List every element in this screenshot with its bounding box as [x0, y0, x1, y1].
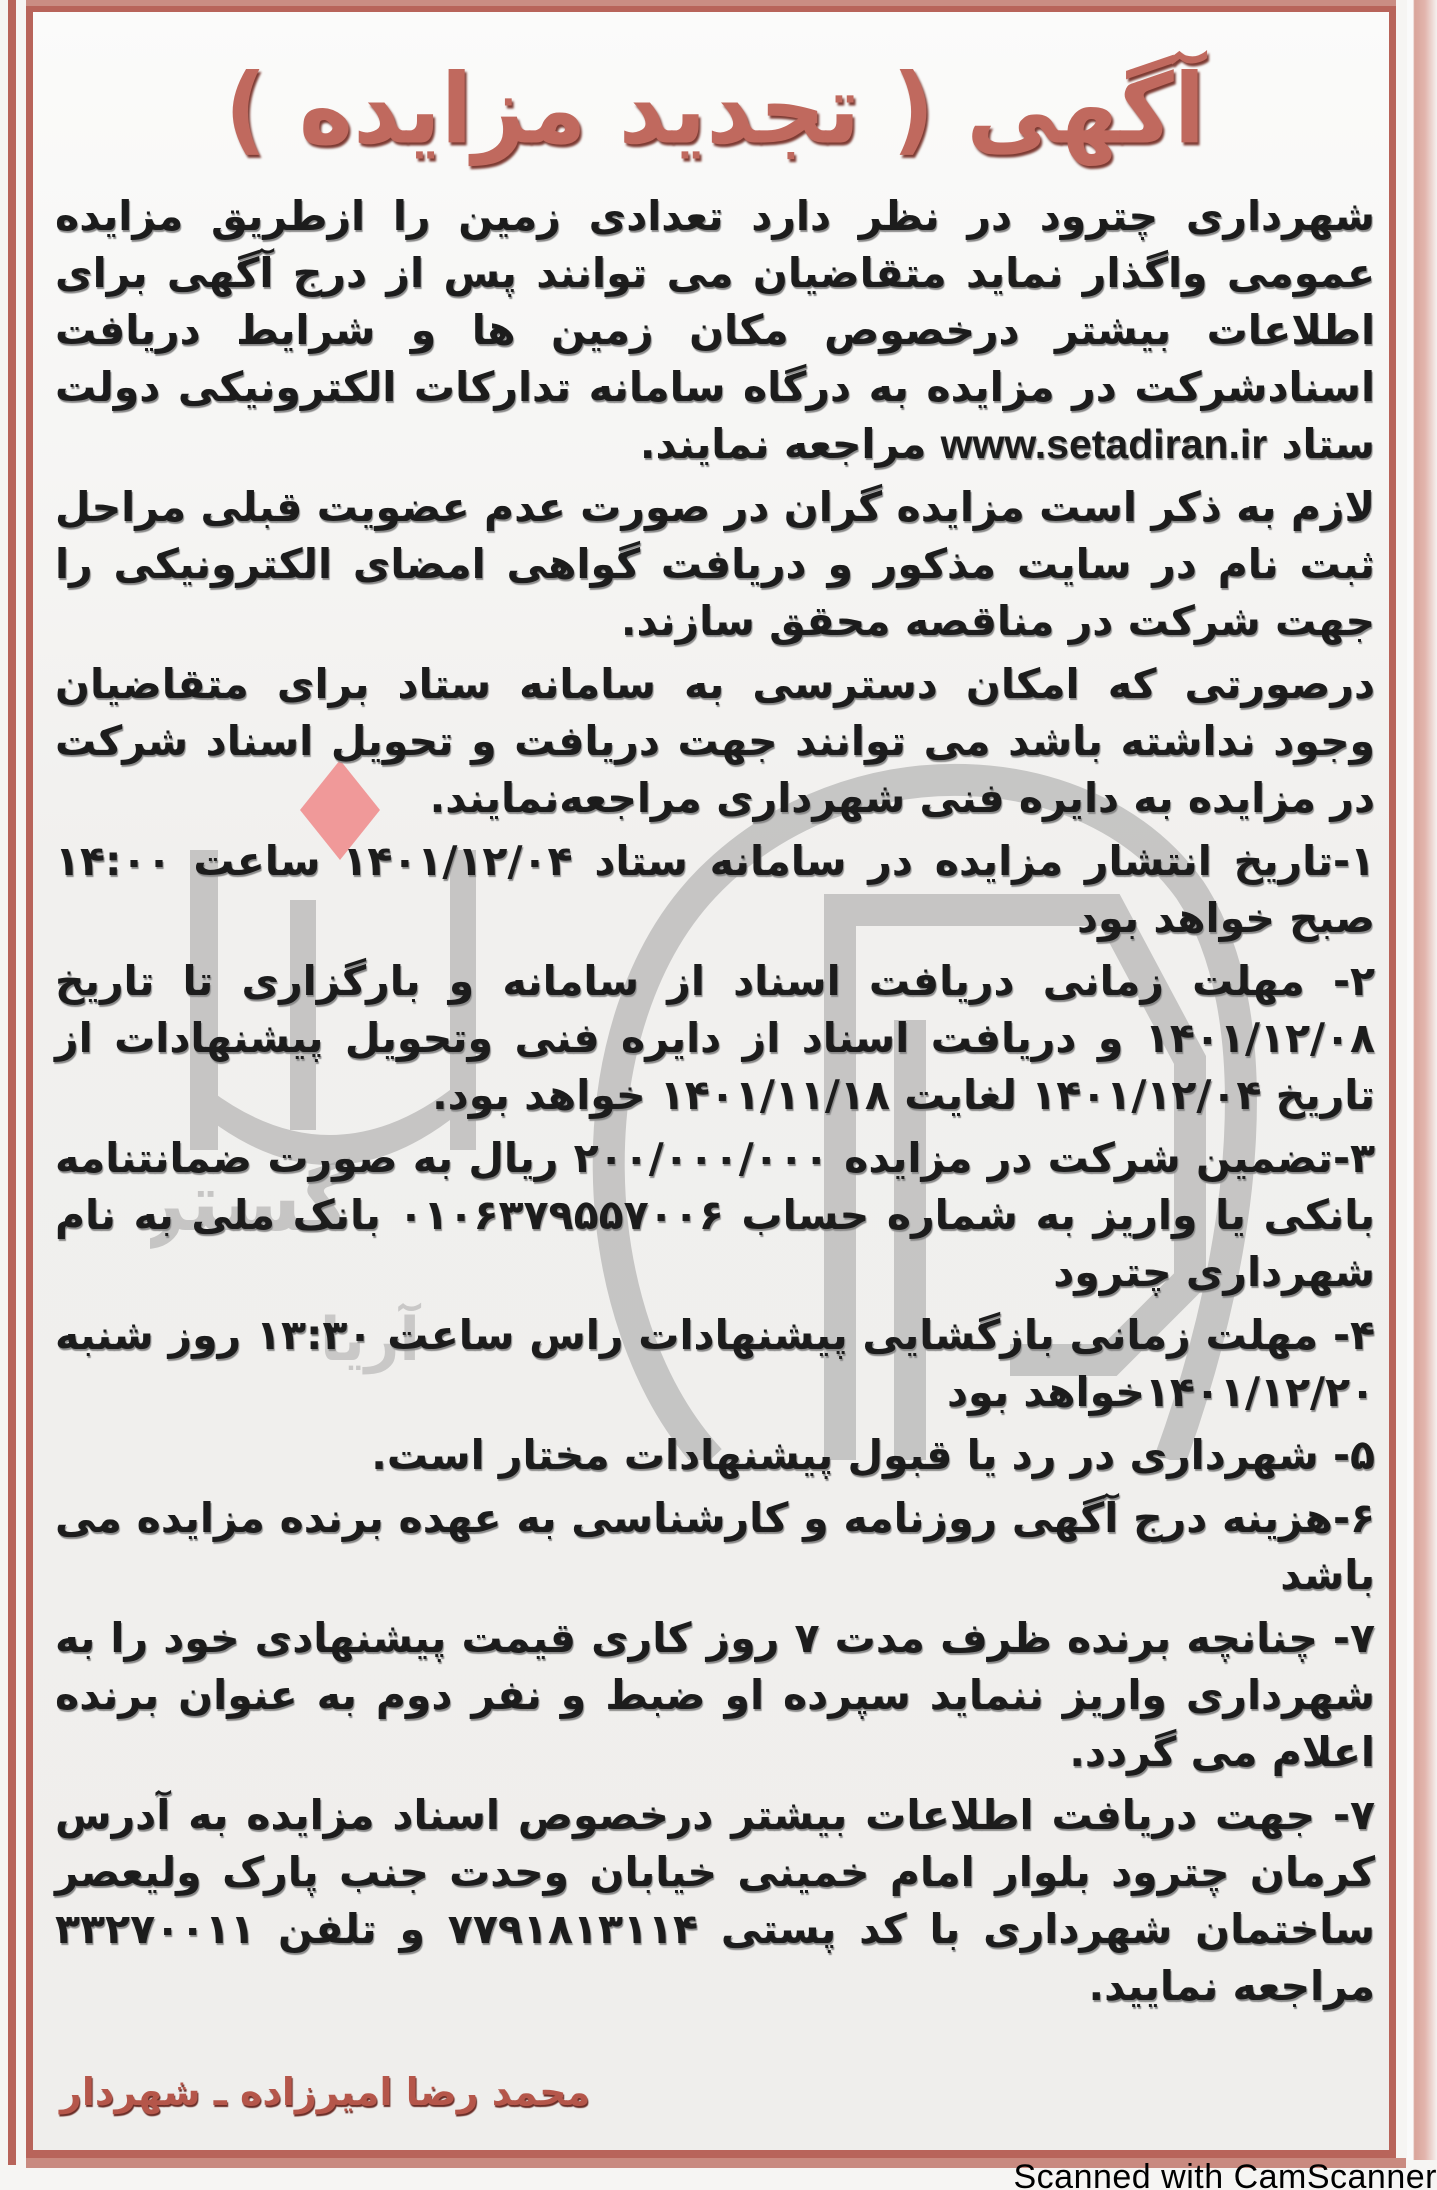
setadiran-link[interactable]: www.setadiran.ir [941, 421, 1268, 467]
notice-title: آگهی ( تجدید مزایده ) [55, 47, 1375, 173]
item-1-publish-date: ۱-تاریخ انتشار مزایده در سامانه ستاد ۱۴۰… [55, 833, 1375, 947]
mayor-signature: محمد رضا امیرزاده ـ شهردار [60, 2070, 590, 2114]
intro-text-end: مراجعه نمایند. [640, 420, 926, 468]
registration-paragraph: لازم به ذکر است مزایده گران در صورت عدم … [55, 479, 1375, 650]
intro-paragraph: شهرداری چترود در نظر دارد تعدادی زمین را… [55, 188, 1375, 473]
item-7-contact-address: ۷- جهت دریافت اطلاعات بیشتر درخصوص اسناد… [55, 1787, 1375, 2015]
item-7-winner-payment: ۷- چنانچه برنده ظرف مدت ۷ روز کاری قیمت … [55, 1610, 1375, 1781]
item-3-guarantee: ۳-تضمین شرکت در مزایده ۲۰۰/۰۰۰/۰۰۰ ریال … [55, 1130, 1375, 1301]
item-4-opening-time: ۴- مهلت زمانی بازگشایی پیشنهادات راس ساع… [55, 1307, 1375, 1421]
scanner-footer-text: Scanned with CamScanner [1013, 2162, 1437, 2190]
outer-border-left [8, 0, 16, 2165]
notice-content: آگهی ( تجدید مزایده ) شهرداری چترود در ن… [55, 40, 1375, 2021]
access-paragraph: درصورتی که امکان دسترسی به سامانه ستاد ب… [55, 656, 1375, 827]
item-2-document-deadline: ۲- مهلت زمانی دریافت اسناد از سامانه و ب… [55, 953, 1375, 1124]
item-5-municipality-rights: ۵- شهرداری در رد یا قبول پیشنهادات مختار… [55, 1427, 1375, 1484]
right-border-strip [1407, 0, 1437, 2160]
item-6-advertising-cost: ۶-هزینه درج آگهی روزنامه و کارشناسی به ع… [55, 1490, 1375, 1604]
